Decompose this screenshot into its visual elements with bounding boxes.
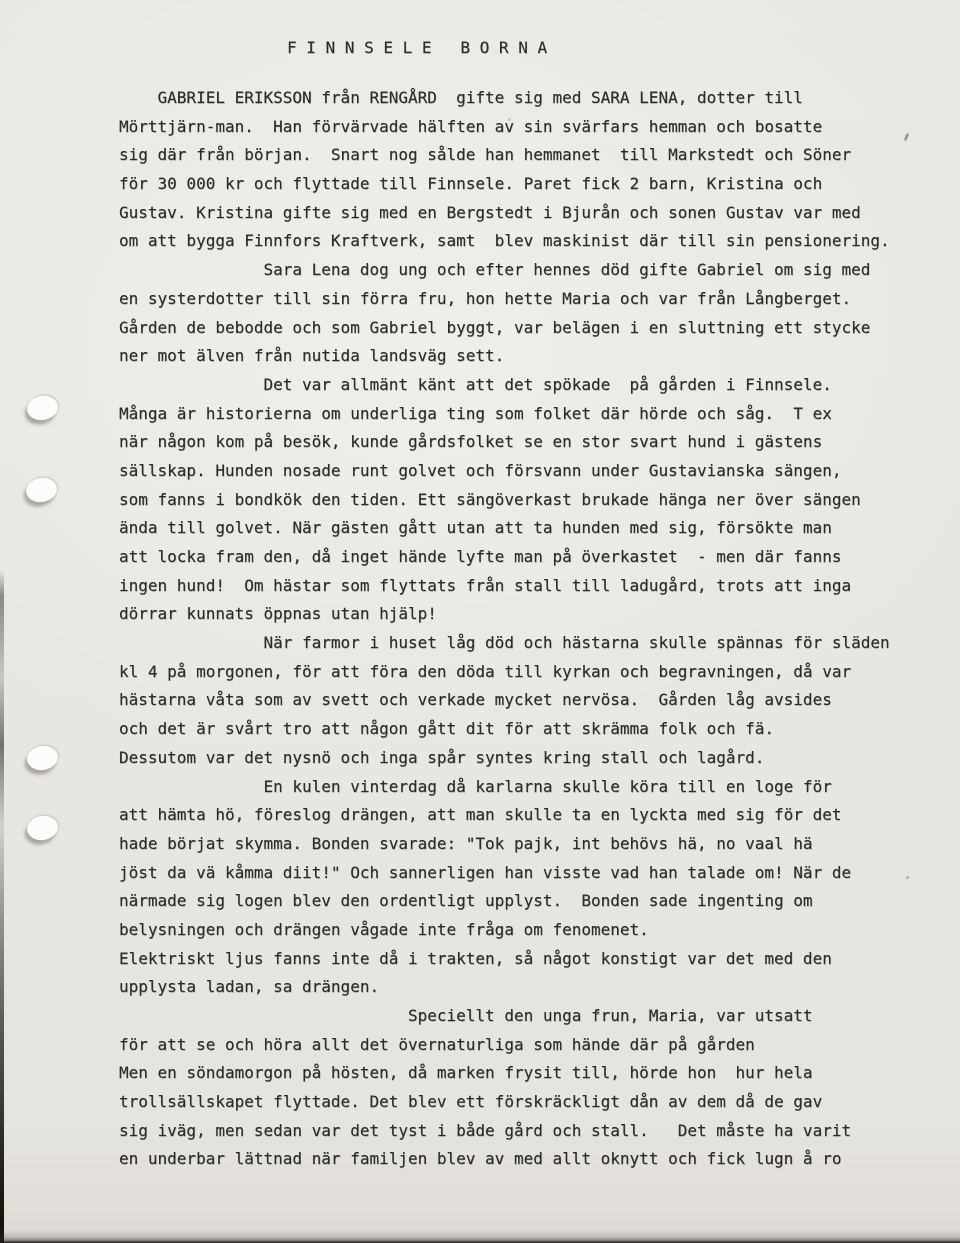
text-line: och det är svårt tro att någon gått dit …: [119, 715, 919, 744]
scan-speck: [906, 876, 909, 879]
text-line: hade börjat skymma. Bonden svarade: "Tok…: [119, 830, 919, 859]
text-line: hästarna våta som av svett och verkade m…: [119, 686, 919, 715]
text-line: Men en söndamorgon på hösten, då marken …: [119, 1059, 919, 1088]
text-line: Många är historierna om underliga ting s…: [119, 400, 919, 429]
text-line: Elektriskt ljus fanns inte då i trakten,…: [119, 945, 919, 974]
text-line: som fanns i bondkök den tiden. Ett sängö…: [119, 486, 919, 515]
page-title: F I N N S E L E B O R N A: [287, 38, 547, 57]
text-line: När farmor i huset låg död och hästarna …: [119, 629, 919, 658]
punch-hole: [24, 475, 59, 504]
document-body-text: GABRIEL ERIKSSON från RENGÅRD gifte sig …: [119, 84, 919, 1174]
text-line: Gustav. Kristina gifte sig med en Bergst…: [119, 199, 919, 228]
text-line: ända till golvet. När gästen gått utan a…: [119, 514, 919, 543]
punch-hole: [25, 743, 60, 772]
text-line: att locka fram den, då inget hände lyfte…: [119, 543, 919, 572]
text-line: belysningen och drängen vågade inte fråg…: [119, 916, 919, 945]
text-line: närmade sig logen blev den ordentligt up…: [119, 887, 919, 916]
text-line: en underbar lättnad när familjen blev av…: [119, 1145, 919, 1174]
scan-speck: [596, 1011, 599, 1015]
scanned-document-page: F I N N S E L E B O R N A GABRIEL ERIKSS…: [0, 0, 960, 1243]
punch-hole: [25, 393, 60, 422]
text-line: att hämta hö, föreslog drängen, att man …: [119, 801, 919, 830]
scan-edge-shadow-bottom: [0, 1229, 960, 1243]
text-line: Speciellt den unga frun, Maria, var utsa…: [119, 1002, 919, 1031]
text-line: trollsällskapet flyttade. Det blev ett f…: [119, 1088, 919, 1117]
scan-speck: [508, 118, 511, 121]
text-line: ner mot älven från nutida landsväg sett.: [119, 342, 919, 371]
text-line: för att se och höra allt det övernaturli…: [119, 1031, 919, 1060]
text-line: sig där från början. Snart nog sålde han…: [119, 141, 919, 170]
text-line: upplysta ladan, sa drängen.: [119, 973, 919, 1002]
text-line: Sara Lena dog ung och efter hennes död g…: [119, 256, 919, 285]
text-line: kl 4 på morgonen, för att föra den döda …: [119, 658, 919, 687]
text-line: Dessutom var det nysnö och inga spår syn…: [119, 744, 919, 773]
text-line: ingen hund! Om hästar som flyttats från …: [119, 572, 919, 601]
text-line: sällskap. Hunden nosade runt golvet och …: [119, 457, 919, 486]
text-line: en systerdotter till sin förra fru, hon …: [119, 285, 919, 314]
text-line: En kulen vinterdag då karlarna skulle kö…: [119, 773, 919, 802]
text-line: sig iväg, men sedan var det tyst i både …: [119, 1117, 919, 1146]
punch-hole: [25, 813, 60, 842]
text-line: Det var allmänt känt att det spökade på …: [119, 371, 919, 400]
text-line: Mörttjärn-man. Han förvärvade hälften av…: [119, 113, 919, 142]
text-line: när någon kom på besök, kunde gårdsfolke…: [119, 428, 919, 457]
text-line: jöst da vä kåmma diit!" Och sannerligen …: [119, 859, 919, 888]
text-line: om att bygga Finnfors Kraftverk, samt bl…: [119, 227, 919, 256]
text-line: Gården de bebodde och som Gabriel byggt,…: [119, 314, 919, 343]
text-line: dörrar kunnats öppnas utan hjälp!: [119, 600, 919, 629]
text-line: GABRIEL ERIKSSON från RENGÅRD gifte sig …: [119, 84, 919, 113]
scan-edge-shadow-left: [0, 570, 4, 1243]
text-line: för 30 000 kr och flyttade till Finnsele…: [119, 170, 919, 199]
